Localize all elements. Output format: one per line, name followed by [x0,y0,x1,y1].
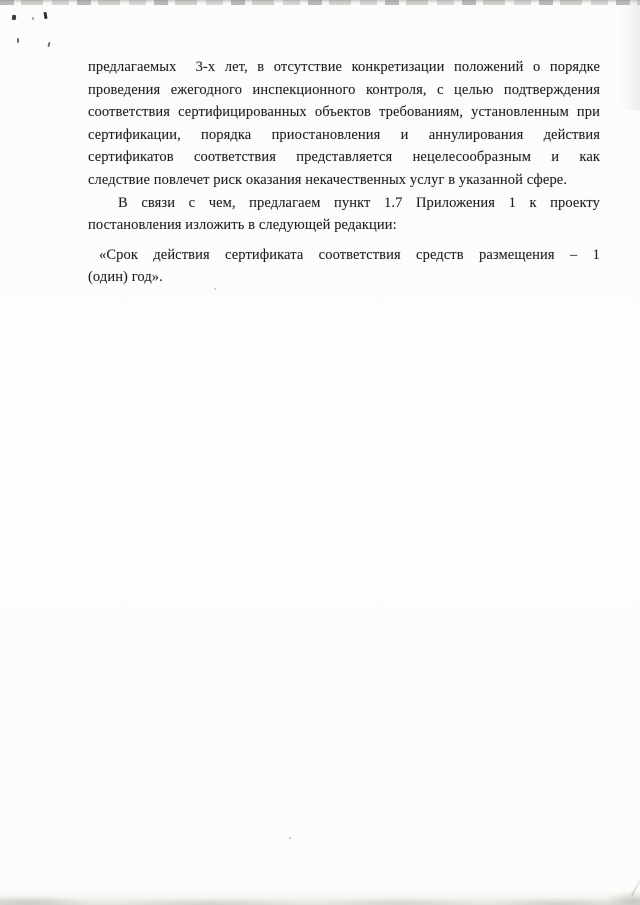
ink-speck [17,38,19,43]
text-line: (один) год». [88,266,600,289]
text-line: «Срок действия сертификата соответствия … [88,244,600,267]
document-text-block: предлагаемых 3-х лет, в отсутствие конкр… [88,56,600,289]
scanned-document-page: предлагаемых 3-х лет, в отсутствие конкр… [0,0,640,905]
text-line: В связи с чем, предлагаем пункт 1.7 Прил… [88,192,600,215]
text-line: сертификатов соответствия представляется… [88,146,600,169]
text-line: проведения ежегодного инспекционного кон… [88,79,600,102]
paragraph-proposal: В связи с чем, предлагаем пункт 1.7 Прил… [88,192,600,237]
scanner-top-right-shade [616,0,640,110]
text-line: следствие повлечет риск оказания некачес… [88,169,600,192]
ink-speck [43,12,47,19]
ink-speck [47,42,50,47]
scanner-top-edge-band [0,0,640,5]
scanner-bottom-edge-band [0,889,640,905]
text-line: сертификации, порядка приостановления и … [88,124,600,147]
text-line: предлагаемых 3-х лет, в отсутствие конкр… [88,56,600,79]
paragraph-continuation: предлагаемых 3-х лет, в отсутствие конкр… [88,56,600,192]
text-line: постановления изложить в следующей редак… [88,214,600,237]
ink-speck [289,837,291,839]
text-line: соответствия сертифицированных объектов … [88,101,600,124]
ink-speck [12,15,17,21]
ink-speck [32,17,34,20]
paragraph-quote: «Срок действия сертификата соответствия … [88,244,600,289]
